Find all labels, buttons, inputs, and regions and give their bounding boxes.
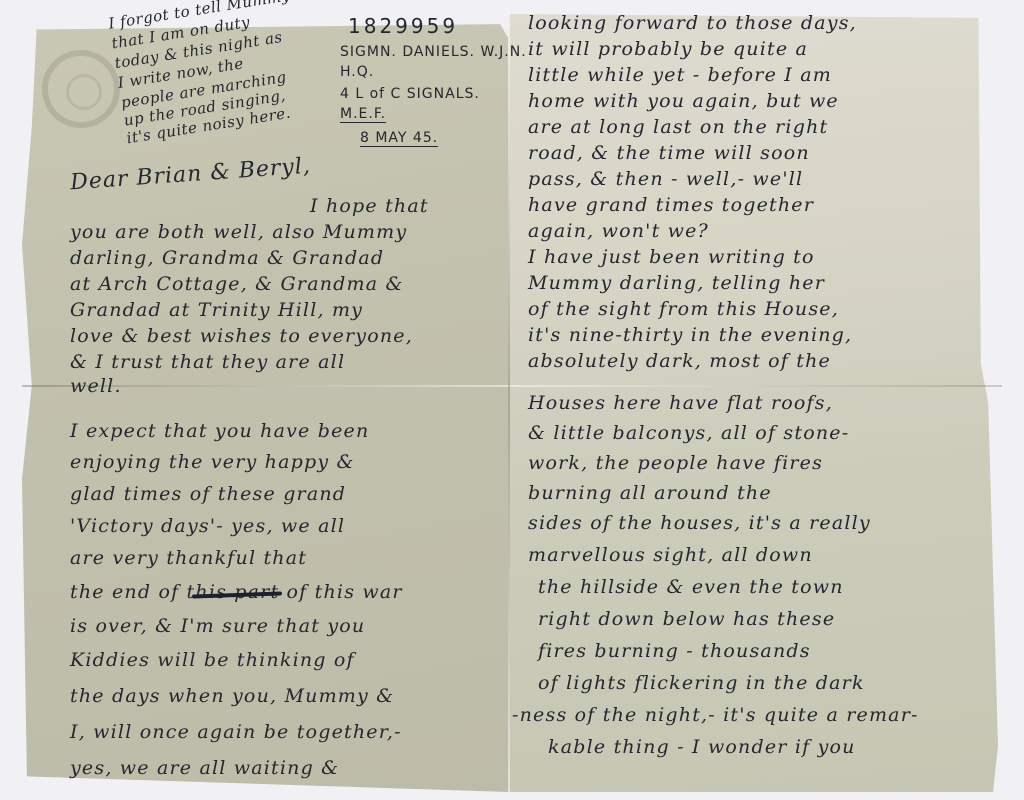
- service-number: 1829959: [348, 14, 458, 38]
- body-line: 'Victory days'- yes, we all: [70, 515, 345, 537]
- body-line: love & best wishes to everyone,: [70, 325, 413, 347]
- force-name: M.E.F.: [340, 106, 386, 123]
- body-line: fires burning - thousands: [538, 640, 811, 662]
- body-line: the hillside & even the town: [538, 576, 844, 598]
- body-line: are very thankful that: [70, 547, 307, 569]
- letter-page-left: [22, 10, 510, 792]
- body-line: absolutely dark, most of the: [528, 350, 831, 372]
- body-line: home with you again, but we: [528, 90, 839, 112]
- body-line: well.: [70, 375, 122, 397]
- body-line: kable thing - I wonder if you: [548, 736, 856, 758]
- body-line: darling, Grandma & Grandad: [70, 247, 384, 269]
- body-line: marvellous sight, all down: [528, 544, 813, 566]
- body-line: sides of the houses, it's a really: [528, 512, 871, 534]
- body-line: I expect that you have been: [70, 420, 369, 442]
- body-line: again, won't we?: [528, 220, 709, 242]
- body-line: road, & the time will soon: [528, 142, 810, 164]
- body-line: I, will once again be together,-: [70, 721, 402, 743]
- body-line: -ness of the night,- it's quite a remar-: [512, 704, 919, 726]
- body-line: of the sight from this House,: [528, 298, 839, 320]
- body-line: it's nine-thirty in the evening,: [528, 324, 852, 346]
- unit-name: 4 L of C SIGNALS.: [340, 86, 480, 102]
- body-line: little while yet - before I am: [528, 64, 832, 86]
- body-line: burning all around the: [528, 482, 772, 504]
- body-line: the days when you, Mummy &: [70, 685, 394, 707]
- body-line: I have just been writing to: [528, 246, 815, 268]
- body-line: Mummy darling, telling her: [528, 272, 825, 294]
- body-line: right down below has these: [538, 608, 835, 630]
- postmark-stamp-icon: [42, 50, 120, 128]
- body-line: Grandad at Trinity Hill, my: [70, 299, 363, 321]
- letter-date: 8 MAY 45.: [360, 130, 438, 147]
- body-line: it will probably be quite a: [528, 38, 808, 60]
- vertical-fold-crease: [508, 12, 510, 792]
- body-line: Houses here have flat roofs,: [528, 392, 833, 414]
- body-line: at Arch Cottage, & Grandma &: [70, 273, 404, 295]
- body-line: have grand times together: [528, 194, 814, 216]
- body-line: I hope that: [310, 195, 429, 217]
- body-line: are at long last on the right: [528, 116, 828, 138]
- postmark-inner-ring: [66, 74, 102, 110]
- body-line: pass, & then - well,- we'll: [528, 168, 803, 190]
- sender-name: SIGMN. DANIELS. W.J.N.: [340, 44, 527, 60]
- body-line: work, the people have fires: [528, 452, 823, 474]
- body-line: glad times of these grand: [70, 483, 346, 505]
- unit-hq: H.Q.: [340, 64, 374, 80]
- body-line: & I trust that they are all: [70, 351, 345, 373]
- horizontal-fold-crease: [22, 385, 1002, 387]
- body-line: you are both well, also Mummy: [70, 221, 407, 243]
- body-line: Kiddies will be thinking of: [70, 649, 355, 671]
- body-line: & little balconys, all of stone-: [528, 422, 849, 444]
- body-line: enjoying the very happy &: [70, 451, 355, 473]
- body-line: is over, & I'm sure that you: [70, 615, 365, 637]
- body-line: of lights flickering in the dark: [538, 672, 865, 694]
- body-line: yes, we are all waiting &: [70, 757, 339, 779]
- body-line: looking forward to those days,: [528, 12, 857, 34]
